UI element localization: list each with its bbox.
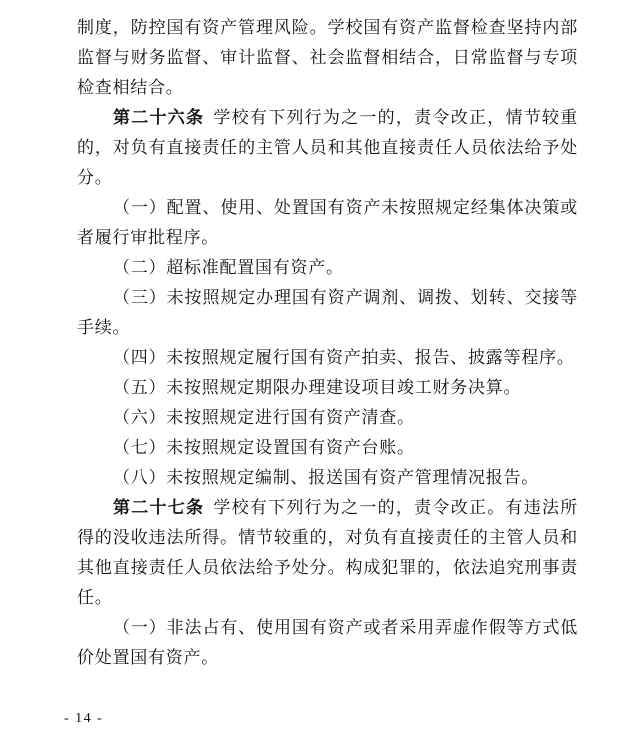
paragraph-article-26-item-6: （六）未按照规定进行国有资产清查。	[77, 403, 578, 433]
article-27-number: 第二十七条	[113, 498, 204, 517]
item-text: （三）未按照规定办理国有资产调剂、调拨、划转、交接等手续。	[77, 288, 578, 337]
item-text: （六）未按照规定进行国有资产清查。	[113, 408, 415, 427]
article-26-number: 第二十六条	[113, 108, 204, 127]
paragraph-article-26-item-2: （二）超标准配置国有资产。	[77, 253, 578, 283]
item-text: （一）配置、使用、处置国有资产未按照规定经集体决策或者履行审批程序。	[77, 198, 578, 247]
paragraph-article-26-item-7: （七）未按照规定设置国有资产台账。	[77, 433, 578, 463]
item-text: （四）未按照规定履行国有资产拍卖、报告、披露等程序。	[113, 348, 575, 367]
item-text: （二）超标准配置国有资产。	[113, 258, 344, 277]
page-number: - 14 -	[64, 709, 103, 729]
paragraph-article-26-item-5: （五）未按照规定期限办理建设项目竣工财务决算。	[77, 373, 578, 403]
paragraph-text: 制度，防控国有资产管理风险。学校国有资产监督检查坚持内部监督与财务监督、审计监督…	[77, 18, 578, 97]
paragraph-article-27-item-1: （一）非法占有、使用国有资产或者采用弄虚作假等方式低价处置国有资产。	[77, 613, 578, 673]
paragraph-article-26-item-4: （四）未按照规定履行国有资产拍卖、报告、披露等程序。	[77, 343, 578, 373]
item-text: （五）未按照规定期限办理建设项目竣工财务决算。	[113, 378, 521, 397]
paragraph-article-26: 第二十六条学校有下列行为之一的，责令改正，情节较重的，对负有直接责任的主管人员和…	[77, 103, 578, 193]
paragraph-article-27: 第二十七条学校有下列行为之一的，责令改正。有违法所得的没收违法所得。情节较重的，…	[77, 493, 578, 613]
document-body: 制度，防控国有资产管理风险。学校国有资产监督检查坚持内部监督与财务监督、审计监督…	[77, 13, 578, 673]
paragraph-article-26-item-1: （一）配置、使用、处置国有资产未按照规定经集体决策或者履行审批程序。	[77, 193, 578, 253]
paragraph-article-26-item-3: （三）未按照规定办理国有资产调剂、调拨、划转、交接等手续。	[77, 283, 578, 343]
item-text: （八）未按照规定编制、报送国有资产管理情况报告。	[113, 468, 539, 487]
paragraph-article-26-item-8: （八）未按照规定编制、报送国有资产管理情况报告。	[77, 463, 578, 493]
item-text: （一）非法占有、使用国有资产或者采用弄虚作假等方式低价处置国有资产。	[77, 618, 578, 667]
document-page: 制度，防控国有资产管理风险。学校国有资产监督检查坚持内部监督与财务监督、审计监督…	[0, 0, 623, 755]
paragraph-continuation: 制度，防控国有资产管理风险。学校国有资产监督检查坚持内部监督与财务监督、审计监督…	[77, 13, 578, 103]
item-text: （七）未按照规定设置国有资产台账。	[113, 438, 415, 457]
